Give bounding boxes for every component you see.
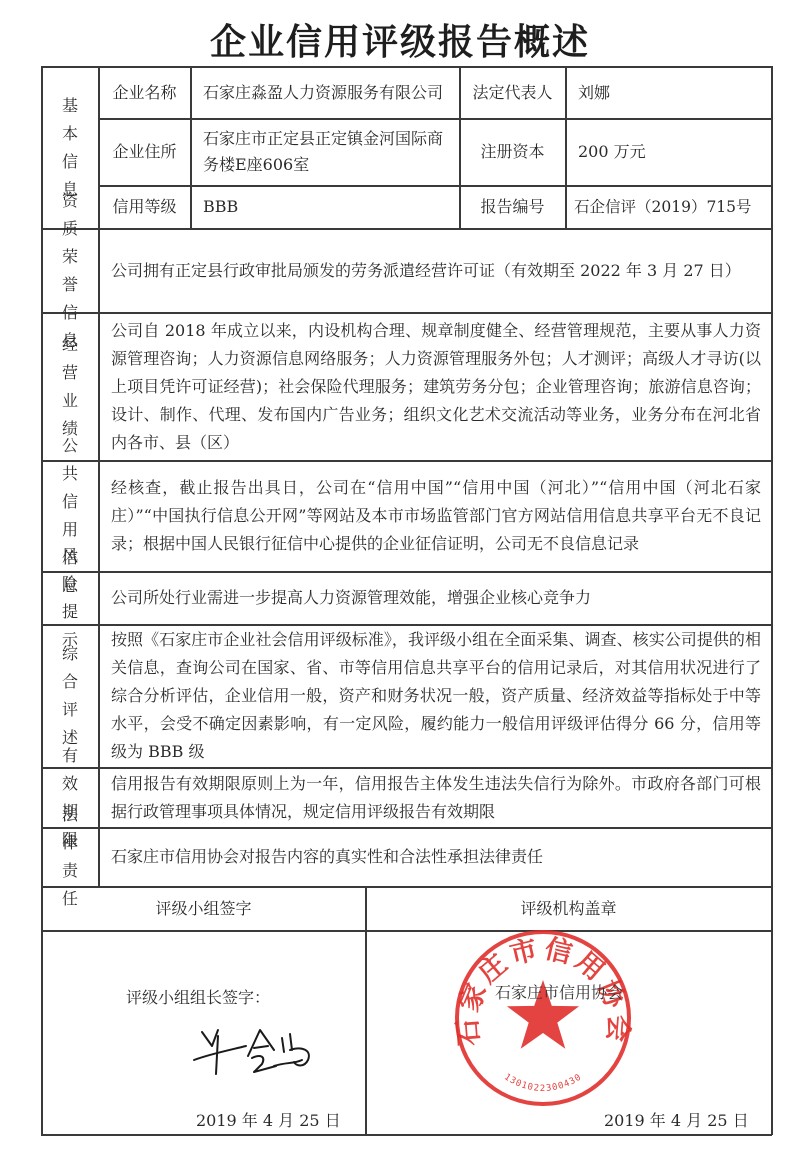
signature-header-divider xyxy=(41,930,772,932)
rating-team-date: 2019 年 4 月 25 日 xyxy=(196,1108,341,1131)
section-text-validity: 信用报告有效期限原则上为一年，信用报告主体发生违法失信行为除外。市政府各部门可根… xyxy=(99,768,771,827)
value-report-number: 石企信评（2019）715号 xyxy=(566,186,771,228)
section-label-text: 综合评述 xyxy=(55,640,85,752)
value-company-name: 石家庄淼盈人力资源服务有限公司 xyxy=(191,67,459,118)
section-text-public-credit: 经核查，截止报告出具日，公司在“信用中国”“信用中国（河北）”“信用中国（河北石… xyxy=(99,461,771,571)
value-company-address: 石家庄市正定县正定镇金河国际商务楼E座606室 xyxy=(191,119,459,185)
rating-agency-date: 2019 年 4 月 25 日 xyxy=(604,1108,749,1131)
section-text-business-performance: 公司自 2018 年成立以来，内设机构合理、规章制度健全、经营管理规范，主要从事… xyxy=(99,313,771,460)
section-text-legal-liability: 石家庄市信用协会对报告内容的真实性和合法性承担法律责任 xyxy=(99,828,771,886)
section-label-risk-warning: 风险提示 xyxy=(42,572,98,624)
rating-team-signature-header: 评级小组签字 xyxy=(42,887,365,930)
section-label-text: 经营业绩 xyxy=(55,331,85,443)
section-label-qualifications: 资质荣誉信息 xyxy=(42,229,98,312)
label-report-number: 报告编号 xyxy=(460,186,565,228)
section-text-qualifications: 公司拥有正定县行政审批局颁发的劳务派遣经营许可证（有效期至 2022 年 3 月… xyxy=(99,229,771,312)
official-seal-stamp: 石家庄市信用协会 1301022300430 xyxy=(453,928,633,1108)
value-credit-rating: BBB xyxy=(191,186,459,228)
table-border-bottom xyxy=(41,1134,772,1136)
section-label-legal-liability: 法律责任 xyxy=(42,828,98,886)
label-legal-rep: 法定代表人 xyxy=(460,67,565,118)
table-border-right xyxy=(771,66,773,1135)
label-credit-rating: 信用等级 xyxy=(99,186,190,228)
seal-number: 1301022300430 xyxy=(502,1072,584,1094)
rating-agency-seal-header: 评级机构盖章 xyxy=(366,887,771,930)
label-company-address: 企业住所 xyxy=(99,119,190,185)
section-text-risk-warning: 公司所处行业需进一步提高人力资源管理效能，增强企业核心竞争力 xyxy=(99,572,771,624)
team-leader-signature-label: 评级小组组长签字： xyxy=(126,985,270,1008)
value-registered-capital: 200 万元 xyxy=(566,119,771,185)
svg-text:1301022300430: 1301022300430 xyxy=(502,1072,584,1094)
handwritten-signature xyxy=(190,1020,320,1080)
document-title: 企业信用评级报告概述 xyxy=(0,14,800,65)
value-legal-rep: 刘娜 xyxy=(566,67,771,118)
label-registered-capital: 注册资本 xyxy=(460,119,565,185)
seal-overlay-org-name: 石家庄市信用协会 xyxy=(495,980,623,1003)
label-company-name: 企业名称 xyxy=(99,67,190,118)
section-text-summary: 按照《石家庄市企业社会信用评级标准》，我评级小组在全面采集、调查、核实公司提供的… xyxy=(99,625,771,767)
